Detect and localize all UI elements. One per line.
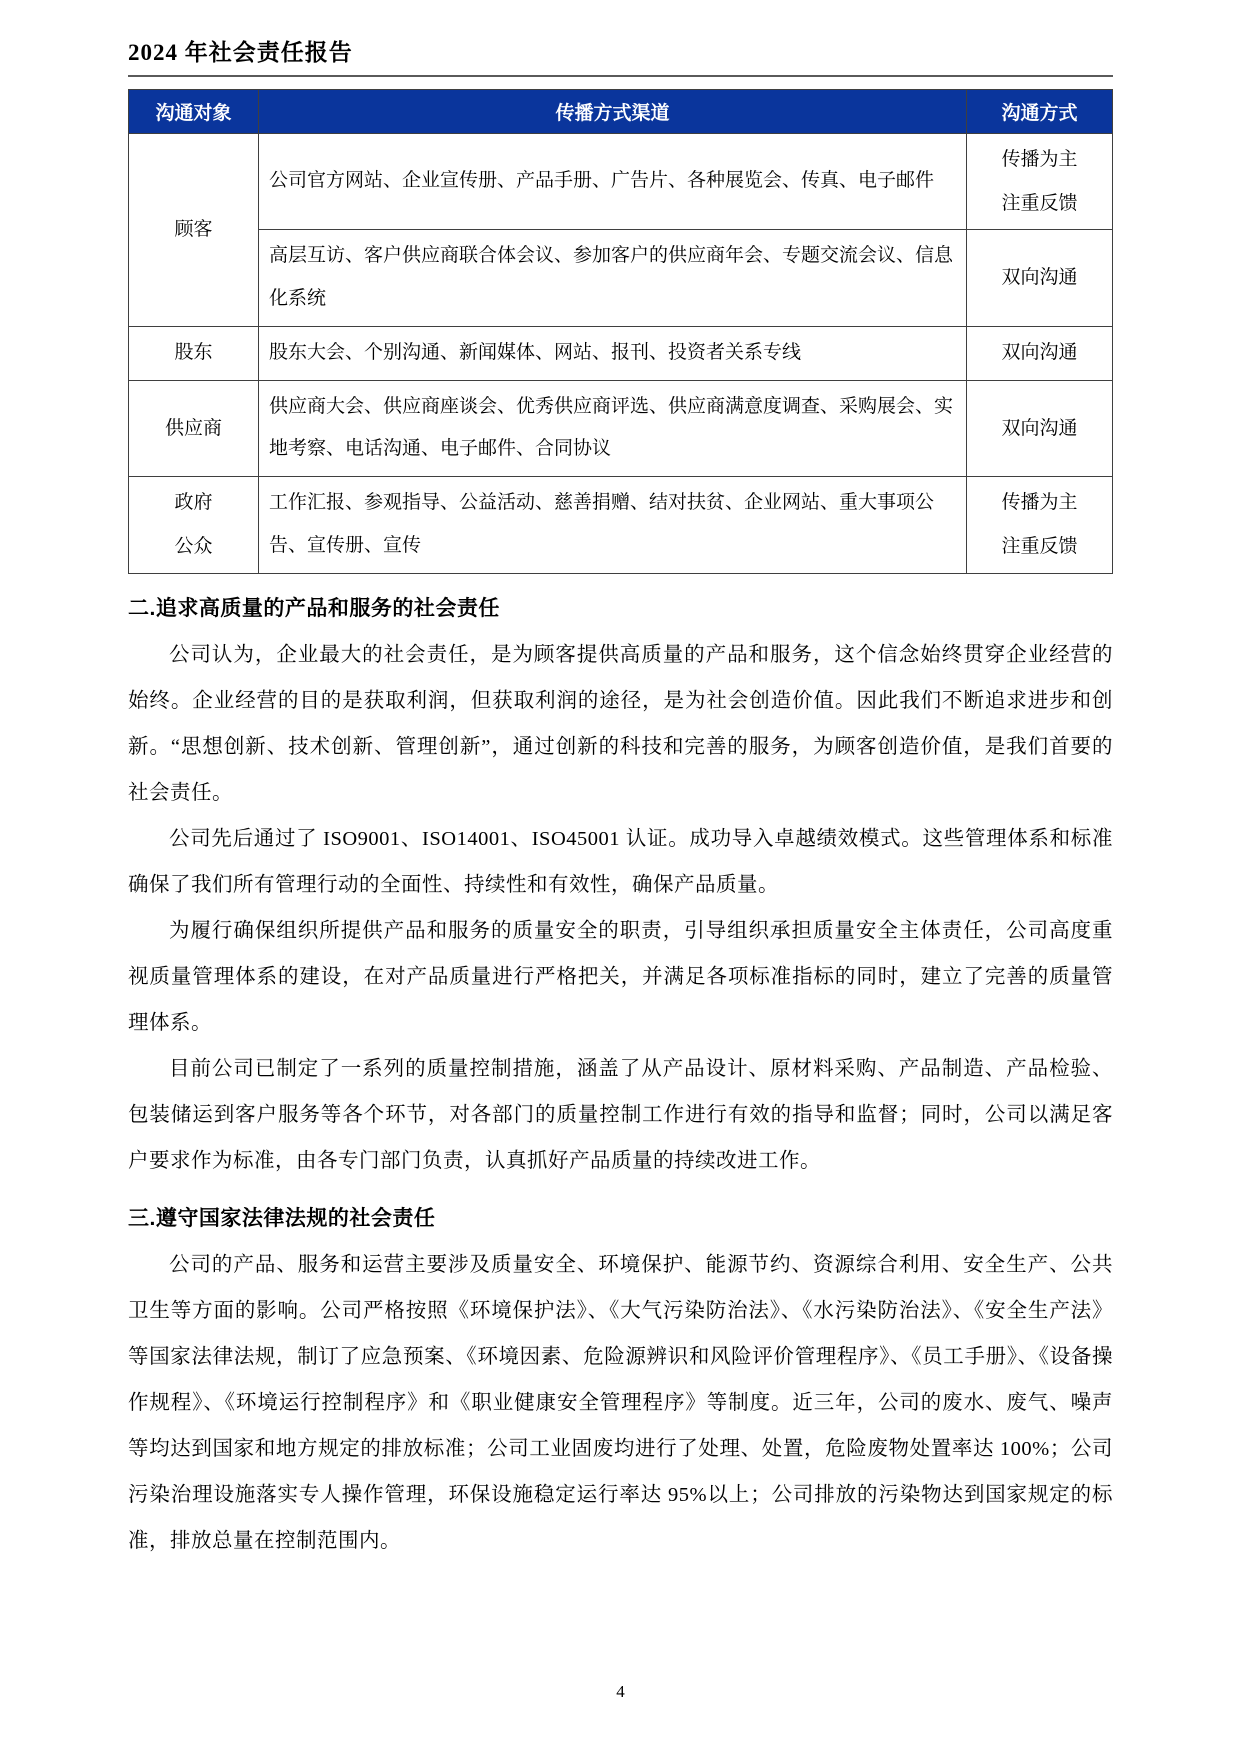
table-row: 股东 股东大会、个别沟通、新闻媒体、网站、报刊、投资者关系专线 双向沟通	[129, 326, 1113, 380]
mode-cell: 双向沟通	[967, 326, 1113, 380]
channel-cell: 高层互访、客户供应商联合体会议、参加客户的供应商年会、专题交流会议、信息化系统	[259, 230, 967, 327]
table-row: 高层互访、客户供应商联合体会议、参加客户的供应商年会、专题交流会议、信息化系统 …	[129, 230, 1113, 327]
channel-cell: 股东大会、个别沟通、新闻媒体、网站、报刊、投资者关系专线	[259, 326, 967, 380]
paragraph: 公司先后通过了 ISO9001、ISO14001、ISO45001 认证。成功导…	[128, 816, 1113, 908]
paragraph: 为履行确保组织所提供产品和服务的质量安全的职责，引导组织承担质量安全主体责任，公…	[128, 908, 1113, 1046]
table-row: 顾客 公司官方网站、企业宣传册、产品手册、广告片、各种展览会、传真、电子邮件 传…	[129, 134, 1113, 230]
channel-cell: 公司官方网站、企业宣传册、产品手册、广告片、各种展览会、传真、电子邮件	[259, 134, 967, 230]
paragraph: 目前公司已制定了一系列的质量控制措施，涵盖了从产品设计、原材料采购、产品制造、产…	[128, 1046, 1113, 1184]
target-cell-customer: 顾客	[129, 134, 259, 327]
communication-table-header: 沟通对象 传播方式渠道 沟通方式	[129, 90, 1113, 134]
channel-cell: 供应商大会、供应商座谈会、优秀供应商评选、供应商满意度调查、采购展会、实地考察、…	[259, 380, 967, 477]
table-row: 政府 公众 工作汇报、参观指导、公益活动、慈善捐赠、结对扶贫、企业网站、重大事项…	[129, 477, 1113, 574]
column-header-mode: 沟通方式	[967, 90, 1113, 134]
mode-cell: 双向沟通	[967, 230, 1113, 327]
section-heading-2: 二.追求高质量的产品和服务的社会责任	[128, 592, 1113, 622]
column-header-target: 沟通对象	[129, 90, 259, 134]
document-title: 2024 年社会责任报告	[128, 34, 1113, 67]
table-row: 供应商 供应商大会、供应商座谈会、优秀供应商评选、供应商满意度调查、采购展会、实…	[129, 380, 1113, 477]
target-cell-supplier: 供应商	[129, 380, 259, 477]
section-quality-responsibility: 二.追求高质量的产品和服务的社会责任 公司认为，企业最大的社会责任，是为顾客提供…	[128, 592, 1113, 1184]
document-page: 2024 年社会责任报告 沟通对象 传播方式渠道 沟通方式 顾客 公司官方网站、…	[0, 0, 1241, 1754]
section-law-compliance: 三.遵守国家法律法规的社会责任 公司的产品、服务和运营主要涉及质量安全、环境保护…	[128, 1202, 1113, 1564]
page-footer: 4	[0, 1682, 1241, 1702]
document-header: 2024 年社会责任报告	[128, 34, 1113, 77]
section-heading-3: 三.遵守国家法律法规的社会责任	[128, 1202, 1113, 1232]
paragraph: 公司认为，企业最大的社会责任，是为顾客提供高质量的产品和服务，这个信念始终贯穿企…	[128, 632, 1113, 816]
target-cell-shareholder: 股东	[129, 326, 259, 380]
channel-cell: 工作汇报、参观指导、公益活动、慈善捐赠、结对扶贫、企业网站、重大事项公告、宣传册…	[259, 477, 967, 574]
mode-cell: 双向沟通	[967, 380, 1113, 477]
mode-cell: 传播为主 注重反馈	[967, 477, 1113, 574]
communication-table: 沟通对象 传播方式渠道 沟通方式 顾客 公司官方网站、企业宣传册、产品手册、广告…	[128, 89, 1113, 574]
table-header-row: 沟通对象 传播方式渠道 沟通方式	[129, 90, 1113, 134]
mode-cell: 传播为主 注重反馈	[967, 134, 1113, 230]
column-header-channel: 传播方式渠道	[259, 90, 967, 134]
paragraph: 公司的产品、服务和运营主要涉及质量安全、环境保护、能源节约、资源综合利用、安全生…	[128, 1242, 1113, 1564]
target-cell-government-public: 政府 公众	[129, 477, 259, 574]
page-number: 4	[616, 1682, 625, 1701]
